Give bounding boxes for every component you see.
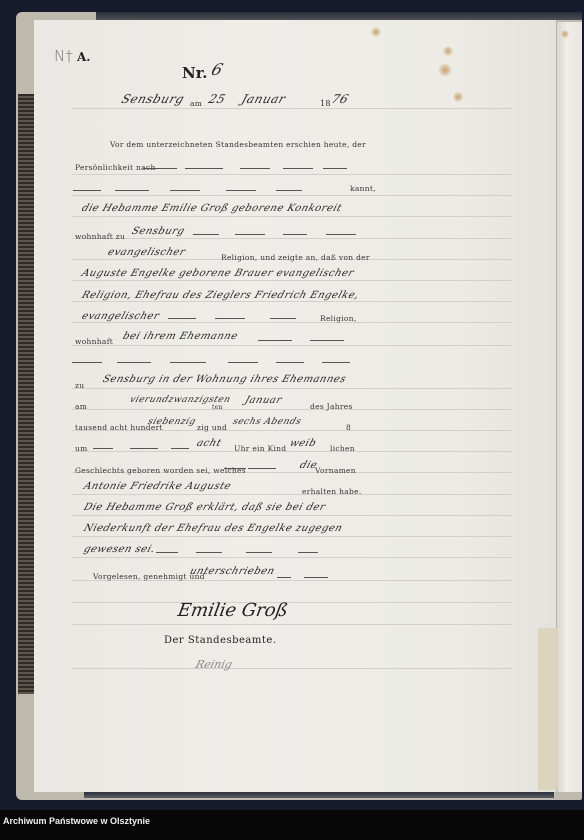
official-title: Der Standesbeamte. (164, 635, 277, 646)
informant-signature: Emilie Groß (176, 600, 289, 621)
repair-tape (538, 628, 558, 790)
blank-dash (193, 234, 219, 235)
child-sex: weib (288, 438, 318, 449)
ten-label: ten (212, 404, 223, 411)
blank-dash (304, 577, 328, 578)
ruled-line (72, 345, 512, 346)
mother-residence: bei ihrem Ehemanne (121, 331, 239, 342)
ruled-line (72, 668, 512, 669)
blank-dash (283, 234, 307, 235)
wohnhaft-zu-label: wohnhaft zu (75, 232, 125, 241)
informant-text: die Hebamme Emilie Groß geborene Konkore… (80, 203, 343, 214)
child-names: Antonie Friedrike Auguste (82, 481, 232, 492)
intro-text: Vor dem unterzeichneten Standesbeamten e… (110, 140, 366, 149)
ruled-line (72, 536, 512, 537)
blank-dash (246, 552, 272, 553)
book-top-edge (96, 12, 582, 20)
next-page-edge (556, 22, 582, 792)
year-prefix: 18 (320, 99, 331, 108)
place: Sensburg (120, 92, 187, 106)
birth-year-units: sechs Abends (231, 417, 302, 427)
entry-number-label: Nr. (182, 64, 207, 82)
geschlechts-label: Geschlechts geboren worden sei, welches (75, 466, 246, 475)
blank-dash (323, 168, 347, 169)
birth-place: Sensburg in der Wohnung ihres Ehemannes (101, 374, 347, 385)
form-letter: A. (77, 50, 91, 64)
blank-dash (322, 362, 350, 363)
am-label: am (75, 402, 87, 411)
blank-dash (170, 362, 206, 363)
blank-dash (258, 340, 292, 341)
blank-dash (283, 168, 313, 169)
des-jahres-label: des Jahres (310, 402, 353, 411)
zu-label: zu (75, 381, 84, 390)
blank-dash (93, 448, 113, 449)
blank-dash (277, 577, 291, 578)
ruled-line (72, 557, 512, 558)
blank-dash (276, 190, 302, 191)
ruled-line (72, 195, 512, 196)
foxing-stain (438, 64, 452, 76)
religion-announce-text: Religion, und zeigte an, daß von der (221, 253, 370, 262)
foxing-stain (443, 46, 453, 56)
blank-dash (276, 362, 304, 363)
ruled-line (72, 451, 512, 452)
foxing-stain (561, 30, 569, 38)
ruled-line (72, 108, 512, 109)
ruled-line (72, 388, 512, 389)
book-bottom-edge (84, 792, 554, 798)
informant-residence: Sensburg (130, 226, 186, 237)
signed-text: unterschrieben (188, 566, 276, 577)
register-page (34, 20, 556, 792)
blank-dash (226, 190, 256, 191)
blank-dash (73, 190, 101, 191)
remark-line-1: Die Hebamme Groß erklärt, daß sie bei de… (82, 502, 327, 513)
ruled-line (72, 494, 512, 495)
blank-dash (168, 318, 196, 319)
blank-dash (248, 468, 276, 469)
foxing-stain (371, 27, 381, 37)
ruled-line (72, 409, 512, 410)
s-label: 8 (346, 423, 351, 432)
book-spine (18, 94, 34, 694)
uhr-kind-label: Uhr ein Kind (234, 444, 286, 453)
month: Januar (240, 92, 288, 106)
blank-dash (298, 552, 318, 553)
blank-dash (143, 168, 177, 169)
zig-und-label: zig und (197, 423, 227, 432)
mother-religion: evangelischer (80, 311, 161, 322)
birth-month: Januar (243, 395, 283, 406)
blank-dash (185, 168, 223, 169)
um-label: um (75, 444, 88, 453)
blank-dash (215, 318, 245, 319)
blank-dash (228, 362, 258, 363)
foxing-stain (453, 92, 463, 102)
blank-dash (326, 234, 356, 235)
blank-dash (72, 362, 102, 363)
blank-dash (196, 552, 222, 553)
remark-line-2: Niederkunft der Ehefrau des Engelke zuge… (82, 523, 344, 534)
blank-dash (240, 168, 270, 169)
blank-dash (115, 190, 149, 191)
erhalten-habe-label: erhalten habe. (302, 487, 362, 496)
mother-text: Auguste Engelke geborene Brauer evangeli… (80, 268, 355, 279)
lichen-label: lichen (330, 444, 355, 453)
blank-dash (156, 552, 178, 553)
ruled-line (72, 216, 512, 217)
blank-dash (270, 318, 296, 319)
ruled-line (72, 238, 512, 239)
informant-religion: evangelischer (106, 247, 187, 258)
ruled-line (72, 322, 512, 323)
scan-area: N† A. Nr. 6 Sensburg am 25 Januar 18 76 … (0, 0, 584, 810)
ruled-line (72, 602, 512, 603)
archive-caption: Archiwum Państwowe w Olsztynie (3, 816, 150, 826)
wohnhaft-label: wohnhaft (75, 337, 113, 346)
remark-line-3: gewesen sei. (82, 544, 156, 555)
official-signature: Reinig (194, 658, 233, 671)
kannt-label: kannt, (350, 184, 376, 193)
blank-dash (235, 234, 265, 235)
blank-dash (130, 448, 158, 449)
vornamen-label: Vornamen (315, 466, 356, 475)
ruled-line (72, 301, 512, 302)
ruled-line (72, 515, 512, 516)
ruled-line (72, 280, 512, 281)
blank-dash (170, 190, 200, 191)
mother-religion-text: Religion, Ehefrau des Zieglers Friedrich… (80, 290, 360, 301)
ruled-line (72, 624, 512, 625)
am-label: am (190, 99, 202, 108)
birth-hour: acht (195, 438, 223, 449)
blank-dash (171, 448, 189, 449)
birth-year-tens: siebenzig (146, 417, 197, 427)
religion-label: Religion, (320, 314, 357, 323)
margin-note: N† (54, 47, 73, 65)
blank-dash (224, 468, 246, 469)
blank-dash (310, 340, 344, 341)
blank-dash (117, 362, 151, 363)
ruled-line (72, 174, 512, 175)
